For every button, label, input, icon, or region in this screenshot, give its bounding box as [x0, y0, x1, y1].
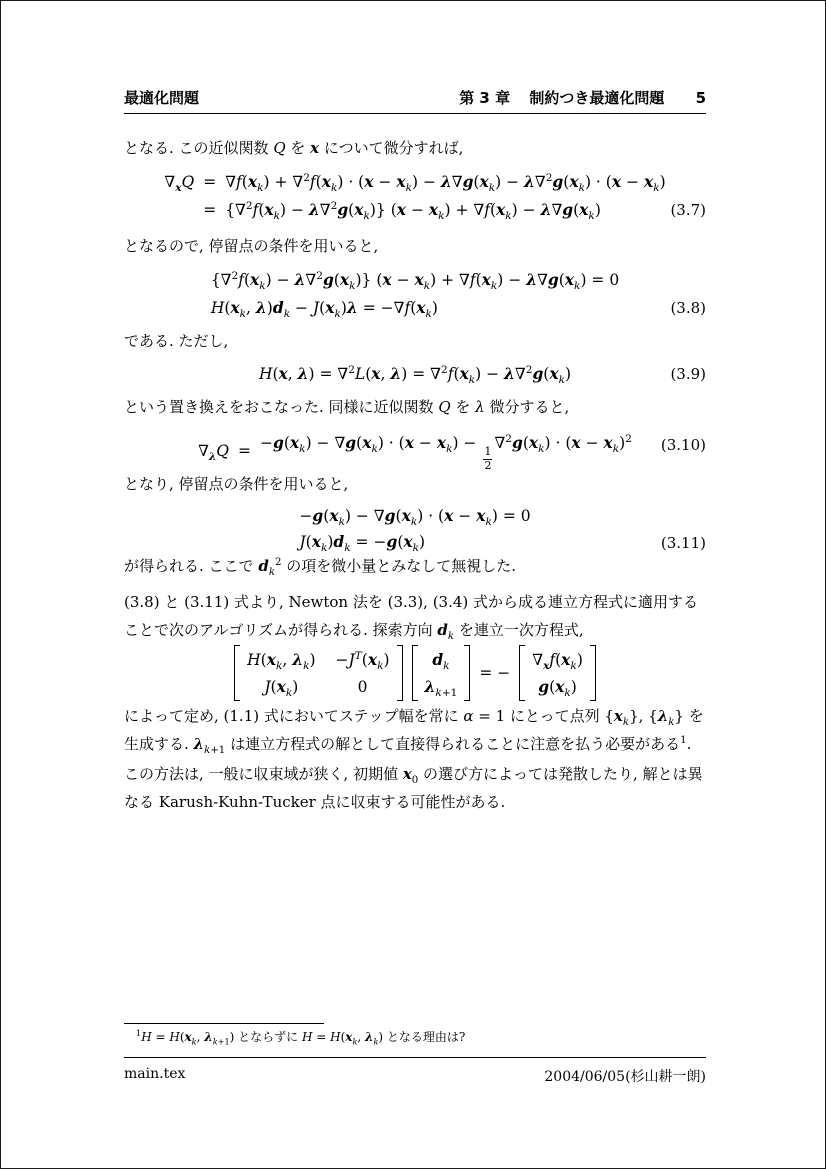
- equation-3-10-lhs: ∇λQ: [198, 437, 229, 465]
- equation-number-3-10: (3.10): [661, 431, 706, 459]
- unknown-vector: dk λk+1: [412, 645, 471, 701]
- unknown-vector-cells: dk λk+1: [418, 645, 465, 701]
- paragraph-newton-method: (3.8) と (3.11) 式より, Newton 法を (3.3), (3.…: [124, 588, 706, 644]
- equation-3-8: {∇2f(xk) − λ∇2g(xk)} (x − xk) + ∇f(xk) −…: [124, 266, 706, 322]
- equation-3-7-rhs-line1: ∇f(xk) + ∇2f(xk) · (x − xk) − λ∇g(xk) − …: [225, 168, 665, 196]
- paragraph-convergence: この方法は, 一般に収束域が狭く, 初期値 x0 の選び方によっては発散したり,…: [124, 760, 706, 816]
- vector-cell: g(xk): [538, 677, 577, 696]
- equation-3-7-rhs-line2: {∇2f(xk) − λ∇2g(xk)} (x − xk) + ∇f(xk) −…: [225, 196, 665, 224]
- equals-sign: =: [203, 196, 216, 224]
- matrix-cell: J(xk): [264, 677, 298, 696]
- running-head-left: 最適化問題: [124, 87, 199, 108]
- equation-3-7-body: ∇xQ = ∇f(xk) + ∇2f(xk) · (x − xk) − λ∇g(…: [164, 168, 665, 224]
- equation-3-11: −g(xk) − ∇g(xk) · (x − xk) = 0 J(xk)dk =…: [124, 503, 706, 555]
- vector-cell: ∇xf(xk): [532, 650, 583, 669]
- right-bracket: [464, 645, 470, 701]
- paragraph-dearu-tadashi: である. ただし,: [124, 327, 706, 355]
- matrix-cell: 0: [358, 678, 368, 696]
- matrix-cell: −JT(xk): [336, 650, 390, 669]
- page-header: 最適化問題 第 3 章 制約つき最適化問題 5: [124, 87, 706, 114]
- paragraph-stationary-condition: となるので, 停留点の条件を用いると,: [124, 232, 706, 260]
- matrix-equation: H(xk, λk) −JT(xk) J(xk) 0 dk λk+1 = −: [124, 645, 706, 701]
- vector-cell: dk: [432, 650, 449, 669]
- matrix-equation-body: H(xk, λk) −JT(xk) J(xk) 0 dk λk+1 = −: [234, 645, 596, 701]
- paragraph-step-width: によって定め, (1.1) 式においてステップ幅を常に α = 1 にとって点列…: [124, 702, 706, 758]
- footnote-rule: [124, 1023, 324, 1024]
- equation-3-10-rhs: −g(xk) − ∇g(xk) · (x − xk) − 12∇2g(xk) ·…: [260, 429, 632, 473]
- footer-date-author: 2004/06/05(杉山耕一朗): [544, 1066, 706, 1086]
- text-column: 最適化問題 第 3 章 制約つき最適化問題 5 となる. この近似関数 Q を …: [124, 1, 706, 1168]
- rhs-vector-cells: ∇xf(xk) g(xk): [525, 645, 590, 701]
- page-number: 5: [696, 89, 706, 107]
- chapter-label: 第 3 章: [459, 87, 510, 108]
- equation-3-11-body: −g(xk) − ∇g(xk) · (x − xk) = 0 J(xk)dk =…: [299, 503, 530, 555]
- equals-sign: =: [238, 437, 251, 465]
- vector-cell: λk+1: [425, 677, 458, 696]
- equation-number-3-7: (3.7): [670, 196, 706, 224]
- paragraph-neglect-small-terms: が得られる. ここで dk2 の項を微小量とみなして無視した.: [124, 552, 706, 580]
- equals-sign: =: [203, 168, 216, 196]
- coefficient-matrix: H(xk, λk) −JT(xk) J(xk) 0: [234, 645, 402, 701]
- equation-number-3-8: (3.8): [670, 294, 706, 322]
- equation-3-11-line1: −g(xk) − ∇g(xk) · (x − xk) = 0: [299, 503, 530, 529]
- rhs-vector: ∇xf(xk) g(xk): [519, 645, 596, 701]
- right-bracket: [590, 645, 596, 701]
- footer-filename: main.tex: [124, 1066, 185, 1086]
- equals-minus-sign: = −: [479, 664, 510, 682]
- right-bracket: [397, 645, 403, 701]
- chapter-title: 制約つき最適化問題: [529, 87, 664, 108]
- paragraph-intro-diff-x: となる. この近似関数 Q を x について微分すれば,: [124, 134, 706, 162]
- equation-3-10-body: ∇λQ = −g(xk) − ∇g(xk) · (x − xk) − 12∇2g…: [198, 429, 632, 473]
- coefficient-matrix-cells: H(xk, λk) −JT(xk) J(xk) 0: [240, 645, 396, 701]
- equation-3-8-line2: H(xk, λ)dk − J(xk)λ = −∇f(xk): [211, 294, 619, 322]
- equation-3-7-lhs: ∇xQ: [164, 168, 194, 196]
- paragraph-tonari-stationary: となり, 停留点の条件を用いると,: [124, 470, 706, 498]
- footnote: 1H = H(xk, λk+1) とならずに H = H(xk, λk) となる…: [124, 1023, 706, 1046]
- matrix-cell: H(xk, λk): [247, 650, 315, 669]
- running-head-right: 第 3 章 制約つき最適化問題 5: [459, 87, 706, 108]
- footnote-text: 1H = H(xk, λk+1) とならずに H = H(xk, λk) となる…: [124, 1028, 706, 1046]
- document-page: 最適化問題 第 3 章 制約つき最適化問題 5 となる. この近似関数 Q を …: [0, 0, 826, 1169]
- equation-3-8-body: {∇2f(xk) − λ∇2g(xk)} (x − xk) + ∇f(xk) −…: [211, 266, 619, 322]
- paragraph-diff-lambda: という置き換えをおこなった. 同様に近似関数 Q を λ 微分すると,: [124, 393, 706, 421]
- equation-3-9: H(x, λ) = ∇2L(x, λ) = ∇2f(xk) − λ∇2g(xk)…: [124, 360, 706, 388]
- page-footer: main.tex 2004/06/05(杉山耕一朗): [124, 1057, 706, 1086]
- equation-3-9-body: H(x, λ) = ∇2L(x, λ) = ∇2f(xk) − λ∇2g(xk): [259, 360, 571, 388]
- equation-3-7: ∇xQ = ∇f(xk) + ∇2f(xk) · (x − xk) − λ∇g(…: [124, 168, 706, 224]
- equation-3-10: ∇λQ = −g(xk) − ∇g(xk) · (x − xk) − 12∇2g…: [124, 429, 706, 473]
- equation-3-8-line1: {∇2f(xk) − λ∇2g(xk)} (x − xk) + ∇f(xk) −…: [211, 266, 619, 294]
- equation-number-3-9: (3.9): [670, 360, 706, 388]
